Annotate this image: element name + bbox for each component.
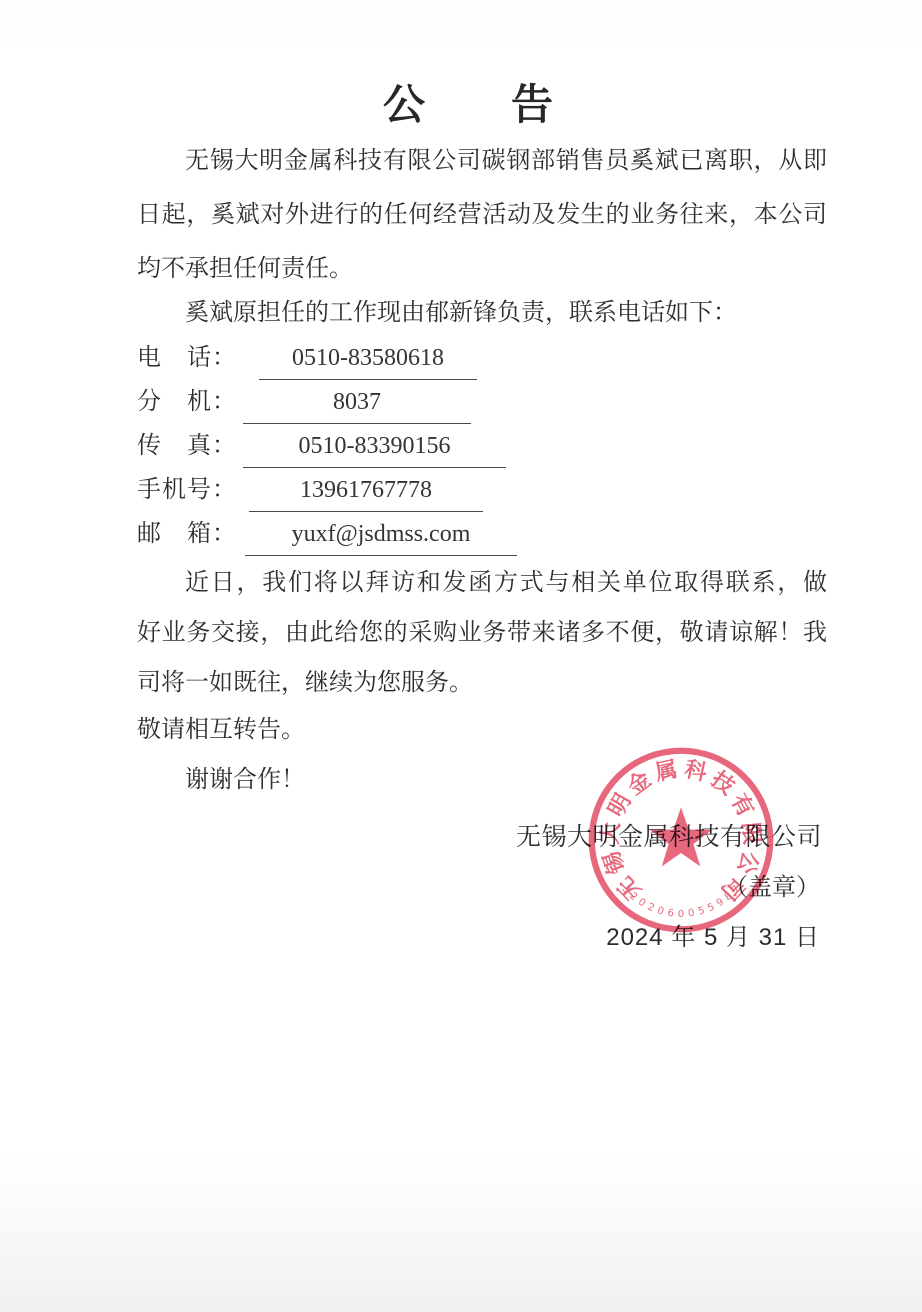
contact-list: 电 话：0510-83580618分 机：8037传 真：0510-833901… [137, 338, 827, 558]
contact-row: 电 话：0510-83580618 [137, 338, 827, 382]
svg-text:0: 0 [636, 897, 647, 910]
signature-company-name: 无锡大明金属科技有限公司 [516, 822, 822, 854]
paragraph-line: 奚斌原担任的工作现由郁新锋负责，联系电话如下： [137, 292, 827, 334]
paragraph-handover: 奚斌原担任的工作现由郁新锋负责，联系电话如下： [137, 292, 827, 334]
svg-text:2: 2 [646, 902, 656, 915]
paragraph-line: 敬请相互转告。 [137, 712, 827, 748]
contact-label: 手机号： [137, 470, 237, 510]
contact-row: 手机号：13961767778 [137, 470, 827, 514]
svg-text:6: 6 [667, 908, 675, 920]
svg-text:0: 0 [687, 908, 695, 920]
paragraph-mutual-notice: 敬请相互转告。 [137, 712, 827, 748]
svg-text:0: 0 [678, 909, 684, 920]
svg-text:5: 5 [706, 902, 716, 915]
contact-value: 0510-83580618 [259, 338, 477, 380]
contact-row: 邮 箱：yuxf@jsdmss.com [137, 514, 827, 558]
contact-label: 传 真： [137, 426, 237, 466]
signature-date: 2024 年 5 月 31 日 [606, 922, 820, 954]
paragraph-thanks: 谢谢合作！ [137, 762, 827, 798]
paragraph-resignation-notice: 无锡大明金属科技有限公司碳钢部销售员奚斌已离职，从即日起，奚斌对外进行的任何经营… [137, 134, 827, 296]
page-title: 公 告 [18, 72, 922, 132]
signature-seal-note: （盖章） [724, 872, 820, 904]
paragraph-line: 谢谢合作！ [137, 762, 827, 798]
paragraph-line: 均不承担任何责任。 [137, 242, 827, 296]
contact-label: 分 机： [137, 382, 237, 422]
paragraph-line: 司将一如既往，继续为您服务。 [137, 658, 827, 708]
contact-label: 邮 箱： [137, 514, 237, 554]
announcement-page: 公 告 无锡大明金属科技有限公司碳钢部销售员奚斌已离职，从即日起，奚斌对外进行的… [0, 0, 922, 1312]
paragraph-apology: 近日，我们将以拜访和发函方式与相关单位取得联系，做好业务交接，由此给您的采购业务… [137, 558, 827, 708]
contact-value: 8037 [243, 382, 471, 424]
svg-text:2: 2 [627, 891, 639, 904]
paragraph-line: 日起，奚斌对外进行的任何经营活动及发生的业务往来，本公司 [137, 188, 827, 242]
svg-text:5: 5 [697, 905, 706, 917]
contact-value: yuxf@jsdmss.com [245, 514, 517, 556]
contact-value: 0510-83390156 [243, 426, 506, 468]
contact-row: 传 真：0510-83390156 [137, 426, 827, 470]
svg-text:0: 0 [656, 905, 665, 917]
paragraph-line: 无锡大明金属科技有限公司碳钢部销售员奚斌已离职，从即 [137, 134, 827, 188]
svg-text:无: 无 [613, 872, 646, 905]
paragraph-line: 好业务交接，由此给您的采购业务带来诸多不便，敬请谅解！我 [137, 608, 827, 658]
paragraph-line: 近日，我们将以拜访和发函方式与相关单位取得联系，做 [137, 558, 827, 608]
contact-value: 13961767778 [249, 470, 483, 512]
svg-text:3: 3 [620, 884, 632, 896]
contact-label: 电 话： [137, 338, 237, 378]
contact-row: 分 机：8037 [137, 382, 827, 426]
